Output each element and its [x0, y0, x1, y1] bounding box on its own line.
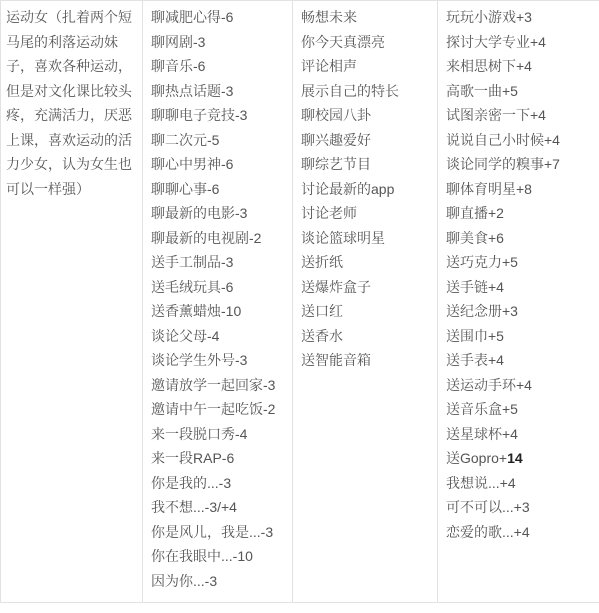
action-item: 可不可以...+3: [446, 495, 593, 520]
action-item: 聊体育明星+8: [446, 177, 593, 202]
action-item: 送纪念册+3: [446, 299, 593, 324]
action-item: 谈论父母-4: [151, 324, 286, 349]
action-item: 送智能音箱: [301, 348, 431, 373]
action-item: 来相思树下+4: [446, 54, 593, 79]
action-item: 送星球杯+4: [446, 422, 593, 447]
action-item: 聊校园八卦: [301, 103, 431, 128]
action-item: 高歌一曲+5: [446, 79, 593, 104]
action-item: 送手链+4: [446, 275, 593, 300]
action-item: 聊综艺节目: [301, 152, 431, 177]
action-item-bold-value: 14: [507, 450, 523, 466]
profile-cell[interactable]: 运动女（扎着两个短马尾的利落运动妹子，喜欢各种运动，但是对文化课比较头疼，充满活…: [1, 1, 143, 602]
action-item: 评论相声: [301, 54, 431, 79]
action-item: 你是风儿，我是...-3: [151, 520, 286, 545]
action-item: 送巧克力+5: [446, 250, 593, 275]
action-item: 送香薰蜡烛-10: [151, 299, 286, 324]
action-item: 邀请放学一起回家-3: [151, 373, 286, 398]
action-item: 送折纸: [301, 250, 431, 275]
action-item: 送爆炸盒子: [301, 275, 431, 300]
action-item: 说说自己小时候+4: [446, 128, 593, 153]
action-item: 聊网剧-3: [151, 30, 286, 55]
action-item: 谈论篮球明星: [301, 226, 431, 251]
action-item: 聊美食+6: [446, 226, 593, 251]
action-item: 你在我眼中...-10: [151, 544, 286, 569]
action-item: 来一段RAP-6: [151, 446, 286, 471]
action-item: 谈论同学的糗事+7: [446, 152, 593, 177]
action-item: 送Gopro+14: [446, 446, 593, 471]
action-item: 讨论老师: [301, 201, 431, 226]
action-item: 你今天真漂亮: [301, 30, 431, 55]
action-item: 我不想...-3/+4: [151, 495, 286, 520]
action-item: 聊热点话题-3: [151, 79, 286, 104]
action-item: 畅想未来: [301, 5, 431, 30]
action-item: 展示自己的特长: [301, 79, 431, 104]
action-item: 送香水: [301, 324, 431, 349]
action-item: 送音乐盒+5: [446, 397, 593, 422]
action-item: 聊聊电子竞技-3: [151, 103, 286, 128]
action-item: 送手表+4: [446, 348, 593, 373]
action-item: 恋爱的歌...+4: [446, 520, 593, 545]
action-item: 玩玩小游戏+3: [446, 5, 593, 30]
action-item: 来一段脱口秀-4: [151, 422, 286, 447]
character-profile-text: 运动女（扎着两个短马尾的利落运动妹子，喜欢各种运动，但是对文化课比较头疼，充满活…: [6, 5, 138, 201]
column-negative-actions[interactable]: 聊减肥心得-6聊网剧-3聊音乐-6聊热点话题-3聊聊电子竞技-3聊二次元-5聊心…: [143, 1, 293, 602]
action-item: 因为你...-3: [151, 569, 286, 594]
action-item: 送毛绒玩具-6: [151, 275, 286, 300]
action-item: 探讨大学专业+4: [446, 30, 593, 55]
column-neutral-actions[interactable]: 畅想未来你今天真漂亮评论相声展示自己的特长聊校园八卦聊兴趣爱好聊综艺节目讨论最新…: [293, 1, 438, 602]
action-item: 聊心中男神-6: [151, 152, 286, 177]
action-item: 送口红: [301, 299, 431, 324]
character-actions-table: 运动女（扎着两个短马尾的利落运动妹子，喜欢各种运动，但是对文化课比较头疼，充满活…: [0, 0, 599, 603]
action-item: 聊兴趣爱好: [301, 128, 431, 153]
action-item: 你是我的...-3: [151, 471, 286, 496]
action-item: 我想说...+4: [446, 471, 593, 496]
action-item: 谈论学生外号-3: [151, 348, 286, 373]
action-item: 聊最新的电视剧-2: [151, 226, 286, 251]
action-item: 送运动手环+4: [446, 373, 593, 398]
action-item: 试图亲密一下+4: [446, 103, 593, 128]
action-item: 聊直播+2: [446, 201, 593, 226]
action-item: 邀请中午一起吃饭-2: [151, 397, 286, 422]
action-item: 聊最新的电影-3: [151, 201, 286, 226]
page: 运动女（扎着两个短马尾的利落运动妹子，喜欢各种运动，但是对文化课比较头疼，充满活…: [0, 0, 599, 613]
action-item: 聊二次元-5: [151, 128, 286, 153]
action-item: 送围巾+5: [446, 324, 593, 349]
action-item: 聊减肥心得-6: [151, 5, 286, 30]
action-item: 聊聊心事-6: [151, 177, 286, 202]
action-item: 讨论最新的app: [301, 177, 431, 202]
action-item: 聊音乐-6: [151, 54, 286, 79]
action-item: 送手工制品-3: [151, 250, 286, 275]
column-positive-actions[interactable]: 玩玩小游戏+3探讨大学专业+4来相思树下+4高歌一曲+5试图亲密一下+4说说自己…: [438, 1, 599, 602]
